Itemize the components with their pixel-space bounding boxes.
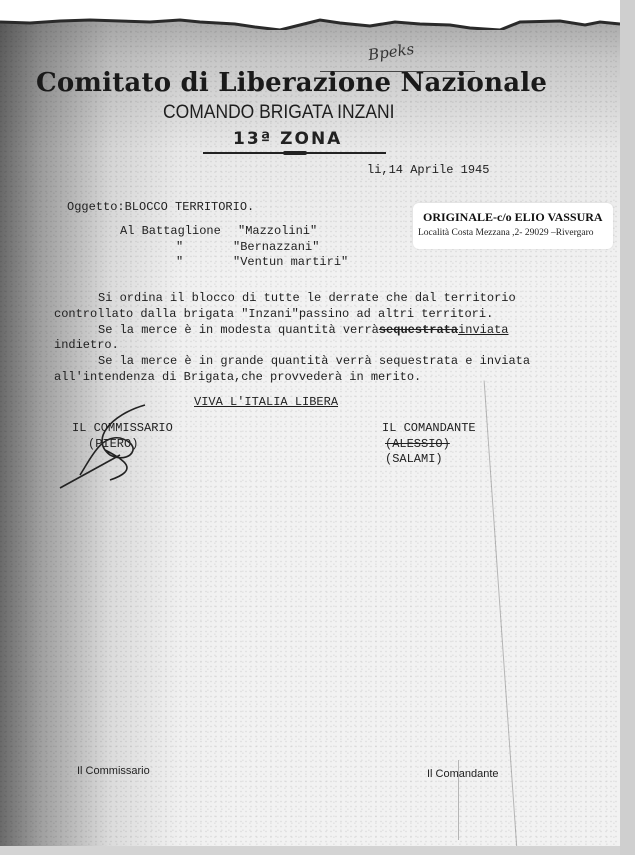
body-line-4: indietro. (54, 338, 119, 352)
archive-label-address: Località Costa Mezzana ,2- 29029 –Riverg… (418, 228, 594, 238)
subject-text: BLOCCO TERRITORIO. (125, 200, 255, 214)
scan-border-bottom (0, 846, 620, 855)
recipient-1-name: "Mazzolini" (238, 224, 317, 238)
recipient-2-prefix: " (176, 240, 183, 254)
torn-top-edge (0, 0, 620, 30)
inserted-word: inviata (458, 323, 508, 337)
handwritten-signature-left (50, 400, 160, 490)
recipient-1-prefix: Al Battaglione (120, 224, 221, 238)
struck-word: sequestrata (379, 323, 458, 337)
letterhead-title: Comitato di Liberazione Nazionale (36, 68, 547, 98)
closing-salutation: VIVA L'ITALIA LIBERA (194, 395, 338, 409)
subject-label: Oggetto: (67, 200, 125, 214)
recipient-3-prefix: " (176, 255, 183, 269)
body-line-2: controllato dalla brigata "Inzani"passin… (54, 307, 493, 321)
letter-date: li,14 Aprile 1945 (367, 163, 489, 177)
archive-label: ORIGINALE-c/o ELIO VASSURA Località Cost… (413, 203, 613, 249)
footer-comandante: Il Comandante (427, 768, 499, 780)
body-line-5: Se la merce è in grande quantità verrà s… (62, 354, 530, 368)
body-line-6: all'intendenza di Brigata,che provvederà… (54, 370, 421, 384)
letterhead-divider (203, 152, 386, 154)
recipient-3-name: "Ventun martiri" (233, 255, 348, 269)
body-line-3: Se la merce è in modesta quantità verràs… (62, 323, 509, 337)
recipient-2-name: "Bernazzani" (233, 240, 319, 254)
archive-label-title: ORIGINALE-c/o ELIO VASSURA (423, 210, 603, 225)
signatory-right-name: (SALAMI) (385, 452, 443, 466)
signatory-right-struck-name: (ALESSIO) (385, 437, 450, 451)
scan-border-right (620, 0, 635, 855)
body-line-1: Si ordina il blocco di tutte le derrate … (62, 291, 516, 305)
signatory-right-title: IL COMANDANTE (382, 421, 476, 435)
footer-commissario: Il Commissario (77, 765, 150, 777)
letter-subject: Oggetto:BLOCCO TERRITORIO. (67, 200, 254, 214)
letterhead-zone: 13ª ZONA (233, 129, 342, 149)
scanned-document-page: Bpeks Comitato di Liberazione Nazionale … (0, 0, 620, 846)
letterhead-subtitle: COMANDO BRIGATA INZANI (163, 102, 394, 124)
